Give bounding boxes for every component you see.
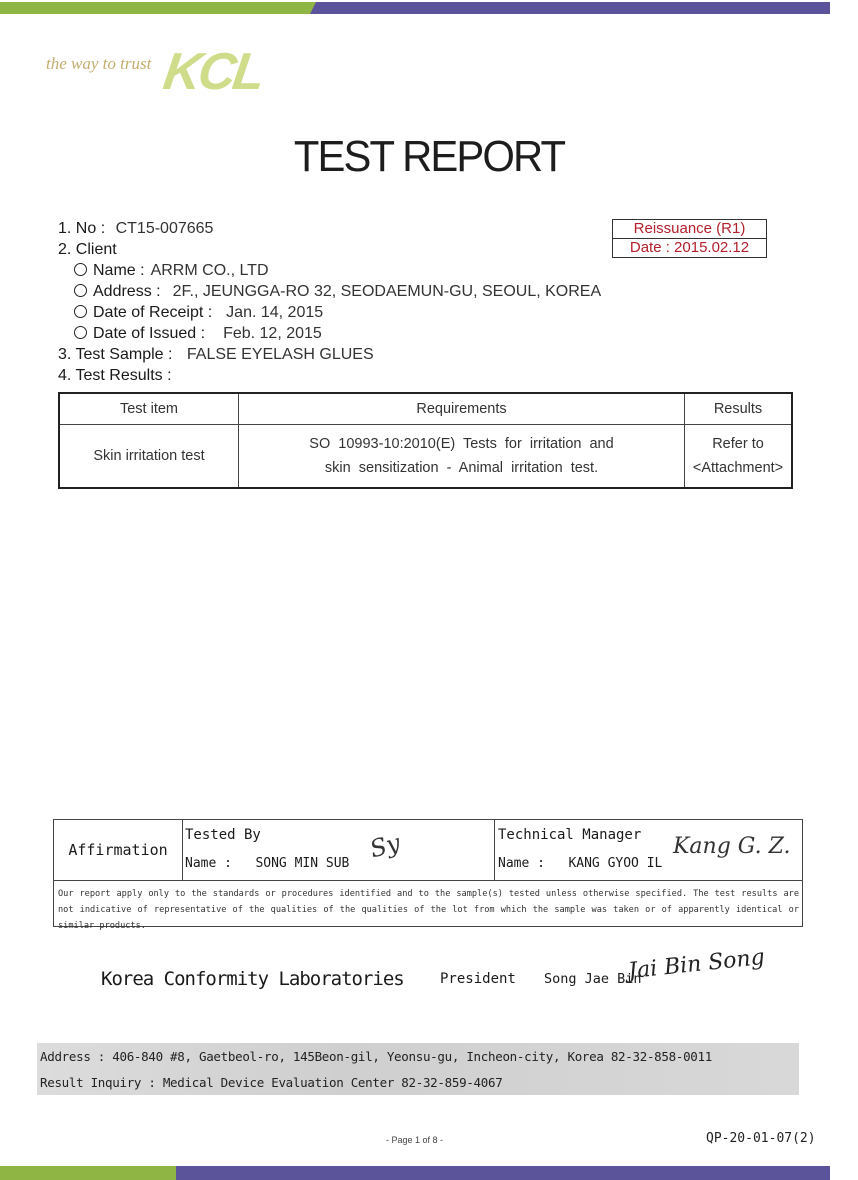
test-results-table: Test item Requirements Results Skin irri…: [58, 392, 793, 489]
page-number: - Page 1 of 8 -: [386, 1135, 443, 1145]
test-results-heading: 4. Test Results :: [58, 365, 601, 386]
issued-date-value: Feb. 12, 2015: [223, 325, 322, 342]
receipt-date-label: Date of Receipt :: [93, 304, 212, 321]
footer-color-bar: [0, 1166, 830, 1180]
issued-date-row: Date of Issued :Feb. 12, 2015: [58, 323, 601, 344]
reissuance-label: Reissuance (R1): [613, 220, 766, 238]
column-header: Test item: [59, 393, 239, 425]
test-sample-value: FALSE EYELASH GLUES: [187, 346, 374, 363]
issued-date-label: Date of Issued :: [93, 325, 205, 342]
president-name: Song Jae Bin: [544, 971, 642, 987]
client-name-label: Name :: [93, 262, 145, 279]
tested-by-name: Name : SONG MIN SUB: [185, 856, 349, 871]
table-row: Skin irritation test SO 10993-10:2010(E)…: [59, 425, 792, 489]
header-bar-green: [0, 2, 320, 14]
requirements-line: SO 10993-10:2010(E) Tests for irritation…: [240, 432, 683, 456]
client-address-value: 2F., JEUNGGA-RO 32, SEODAEMUN-GU, SEOUL,…: [173, 283, 602, 300]
client-address-label: Address :: [93, 283, 161, 300]
affirmation-box: Affirmation Tested By Name : SONG MIN SU…: [53, 819, 803, 927]
affirmation-signatures: Affirmation Tested By Name : SONG MIN SU…: [54, 820, 802, 881]
result-inquiry: Result Inquiry : Medical Device Evaluati…: [40, 1075, 502, 1090]
column-header: Requirements: [239, 393, 685, 425]
circle-bullet-icon: [74, 326, 87, 339]
technical-manager-cell: Technical Manager Name : KANG GYOO IL Ka…: [495, 820, 801, 880]
test-sample-label: 3. Test Sample :: [58, 346, 172, 363]
technical-manager-name: Name : KANG GYOO IL: [498, 856, 662, 871]
table-header-row: Test item Requirements Results: [59, 393, 792, 425]
receipt-date-row: Date of Receipt :Jan. 14, 2015: [58, 302, 601, 323]
affirmation-label: Affirmation: [54, 820, 183, 880]
tester-signature: Sy: [367, 829, 403, 864]
client-name-value: ARRM CO., LTD: [151, 262, 269, 279]
client-label: 2. Client: [58, 241, 117, 258]
president-signature: Jai Bin Song: [627, 945, 766, 984]
requirements-cell: SO 10993-10:2010(E) Tests for irritation…: [239, 425, 685, 489]
client-heading: 2. Client: [58, 239, 601, 260]
test-item-cell: Skin irritation test: [59, 425, 239, 489]
header-bar-purple: [310, 2, 830, 14]
circle-bullet-icon: [74, 263, 87, 276]
client-address-row: Address :2F., JEUNGGA-RO 32, SEODAEMUN-G…: [58, 281, 601, 302]
footer-bar-purple: [176, 1166, 830, 1180]
column-header: Results: [685, 393, 793, 425]
manager-signature: Kang G. Z.: [673, 834, 790, 859]
contact-box: Address : 406-840 #8, Gaetbeol-ro, 145Be…: [37, 1043, 799, 1095]
circle-bullet-icon: [74, 305, 87, 318]
lab-address: Address : 406-840 #8, Gaetbeol-ro, 145Be…: [40, 1049, 712, 1064]
president-label: President: [440, 971, 516, 987]
receipt-date-value: Jan. 14, 2015: [226, 304, 323, 321]
footer-bar-green: [0, 1166, 176, 1180]
results-cell: Refer to <Attachment>: [685, 425, 793, 489]
results-line: Refer to: [686, 432, 790, 456]
organization-name: Korea Conformity Laboratories: [101, 968, 404, 990]
page-title: TEST REPORT: [21, 132, 836, 182]
test-sample-row: 3. Test Sample : FALSE EYELASH GLUES: [58, 344, 601, 365]
logo-mark: KCL: [160, 46, 265, 98]
reissuance-date: Date : 2015.02.12: [613, 238, 766, 257]
logo-tagline: the way to trust: [46, 54, 151, 74]
results-line: <Attachment>: [686, 456, 790, 480]
report-number-label: 1. No :: [58, 220, 105, 237]
disclaimer-text: Our report apply only to the standards o…: [58, 886, 799, 934]
form-number: QP-20-01-07(2): [706, 1131, 816, 1146]
circle-bullet-icon: [74, 284, 87, 297]
technical-manager-label: Technical Manager: [498, 827, 641, 843]
requirements-line: skin sensitization - Animal irritation t…: [240, 456, 683, 480]
tested-by-cell: Tested By Name : SONG MIN SUB Sy: [182, 820, 495, 880]
report-info: 1. No : CT15-007665 2. Client Name :ARRM…: [58, 218, 601, 386]
reissuance-stamp: Reissuance (R1) Date : 2015.02.12: [612, 219, 767, 258]
test-results-label: 4. Test Results :: [58, 367, 172, 384]
header-color-bar: [0, 2, 830, 14]
report-number-row: 1. No : CT15-007665: [58, 218, 601, 239]
tested-by-label: Tested By: [185, 827, 261, 843]
report-number-value: CT15-007665: [116, 220, 214, 237]
client-name-row: Name :ARRM CO., LTD: [58, 260, 601, 281]
